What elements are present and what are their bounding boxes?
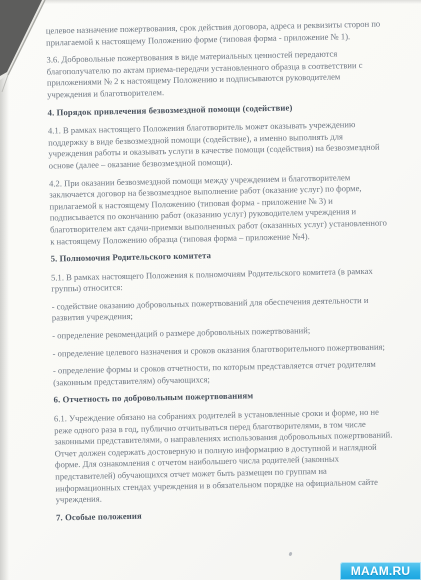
section-heading: 6. Отчетность по добровольным пожертвова…	[53, 388, 391, 407]
paragraph: 3.6. Добровольные пожертвования в виде м…	[46, 48, 385, 101]
paragraph: - содействие оказанию добровольных пожер…	[52, 294, 390, 324]
section-heading: 5. Полномочия Родительского комитета	[51, 247, 389, 266]
watermark-label: МААМ.RU	[351, 564, 410, 578]
paragraph: 4.1. В рамках настоящего Положения благо…	[48, 119, 387, 172]
scanned-page: целевое назначение пожертвования, срок д…	[0, 0, 421, 580]
watermark-badge: МААМ.RU	[340, 562, 421, 580]
section-heading: 4. Порядок привлечения безвозмездной пом…	[47, 100, 385, 119]
paragraph: - определение целевого назначения и срок…	[53, 341, 391, 360]
document-body: целевое назначение пожертвования, срок д…	[46, 19, 395, 531]
paragraph: 6.1. Учреждение обязано на собраниях род…	[54, 406, 394, 506]
paragraph: целевое назначение пожертвования, срок д…	[46, 19, 384, 49]
section-heading: 7. Особые положения	[56, 505, 394, 524]
paragraph: - определение рекомендаций о размере доб…	[52, 324, 390, 343]
paragraph: 5.1. В рамках настоящего Положения к пол…	[51, 265, 389, 295]
paragraph: 4.2. При оказании безвозмездной помощи м…	[49, 171, 388, 248]
scan-speck	[288, 552, 292, 557]
paragraph: - определение формы и сроков отчетности,…	[53, 359, 391, 389]
